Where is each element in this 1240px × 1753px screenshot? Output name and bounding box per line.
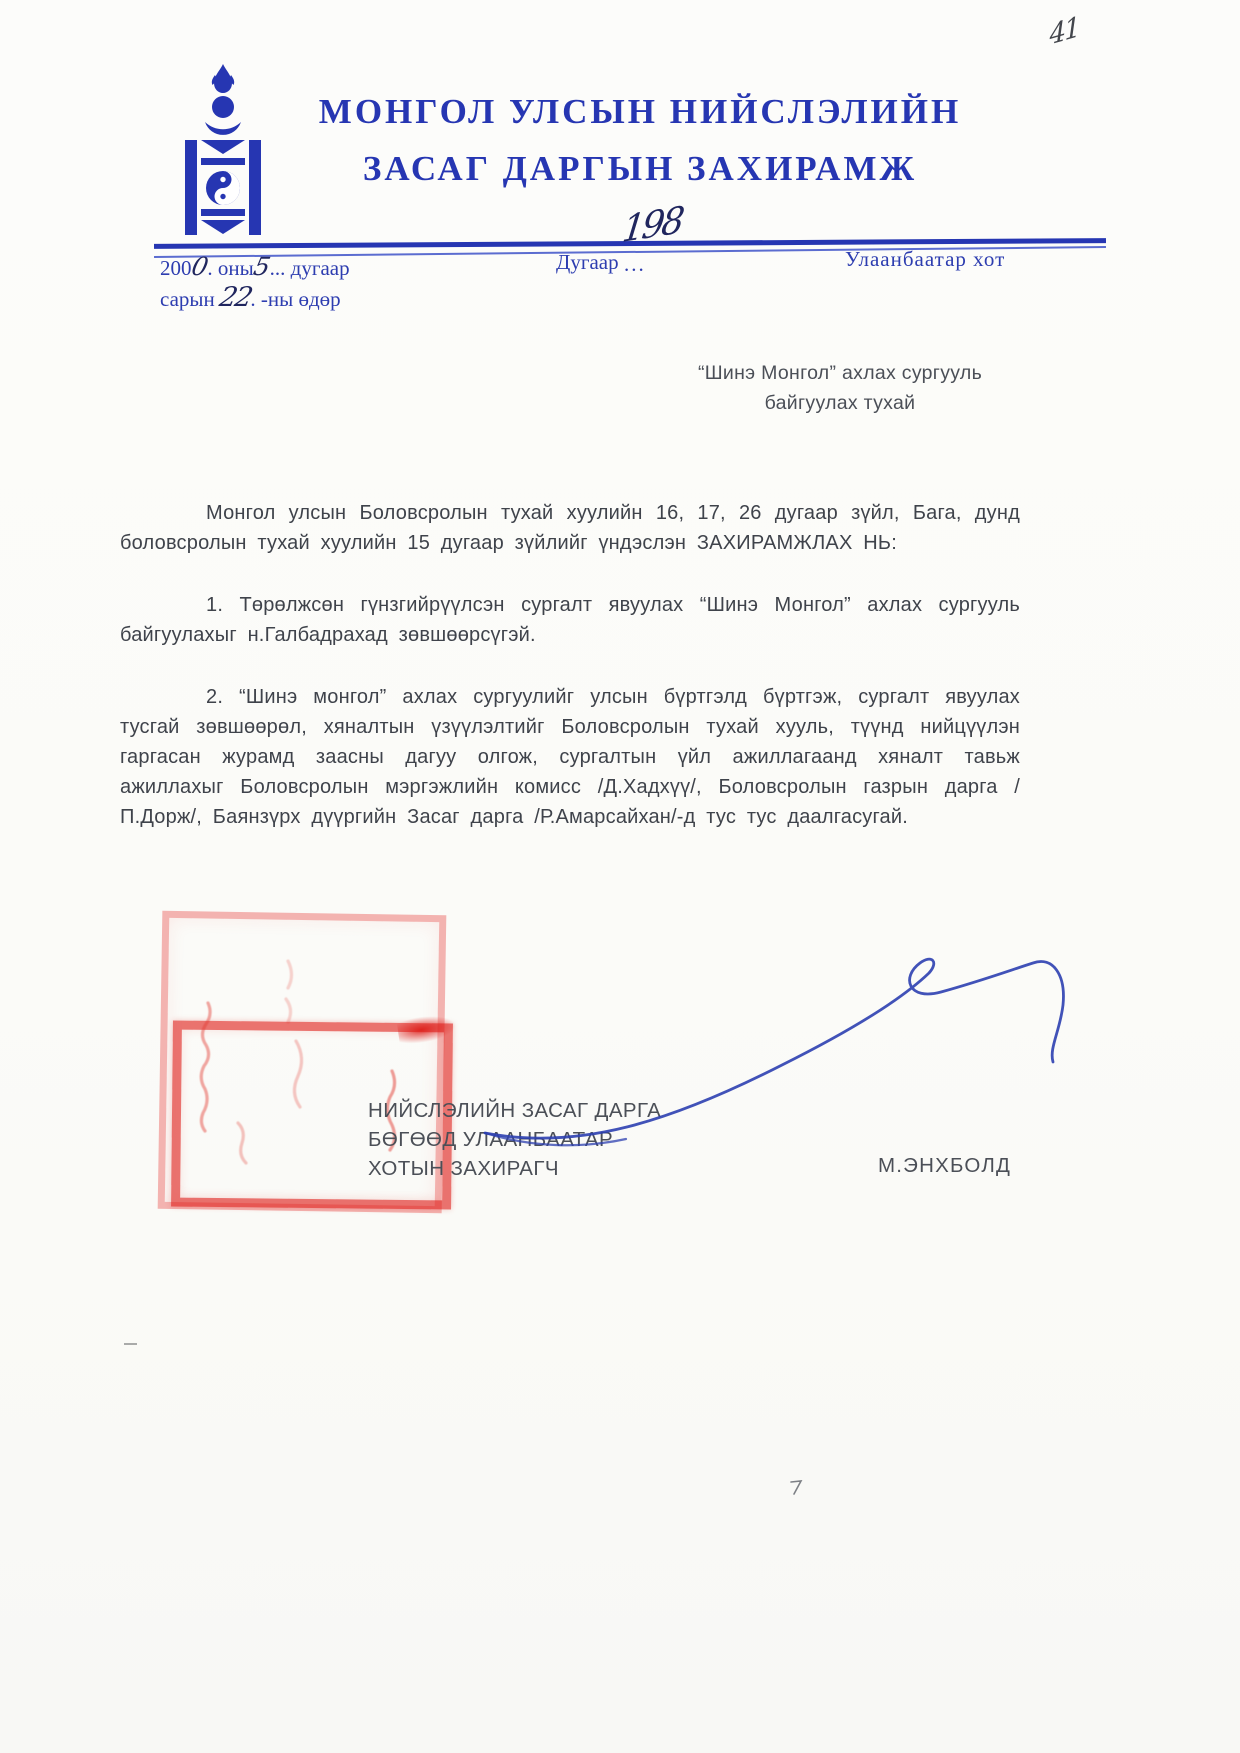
month-suffix: ... дугаар — [270, 256, 350, 280]
handwritten-decree-number: 198 — [622, 221, 681, 230]
handwritten-page-number: 41 — [1049, 11, 1079, 51]
soyombo-emblem-icon — [183, 62, 263, 235]
subject-block: “Шинэ Монгол” ахлах сургууль байгуулах т… — [650, 358, 1030, 418]
decree-item-1: 1. Төрөлжсөн гүнзгийрүүлсэн сургалт явуу… — [120, 590, 1020, 650]
decree-number-dots: ... — [624, 252, 646, 277]
scan-mark-dash — [124, 1343, 137, 1345]
date-line2: сарын 22. -ны өдөр — [160, 284, 490, 315]
year-prefix: 200 — [160, 256, 192, 280]
date-block: 2000. оны5... дугаар сарын 22. -ны өдөр — [160, 253, 490, 315]
subject-line2: байгуулах тухай — [650, 388, 1030, 418]
decree-preamble: Монгол улсын Боловсролын тухай хуулийн 1… — [120, 498, 1020, 558]
decree-number-label: Дугаар — [556, 250, 619, 275]
subject-line1: “Шинэ Монгол” ахлах сургууль — [650, 358, 1030, 388]
handwritten-signature — [440, 935, 1160, 1265]
day-prefix: сарын — [160, 287, 220, 311]
scan-mark-squiggle — [788, 1478, 806, 1498]
decree-item-2: 2. “Шинэ монгол” ахлах сургуулийг улсын … — [120, 682, 1020, 832]
letterhead-title-line2: ЗАСАГ ДАРГЫН ЗАХИРАМЖ — [280, 149, 1000, 189]
year-suffix: . оны — [207, 256, 253, 280]
letterhead-title: МОНГОЛ УЛСЫН НИЙСЛЭЛИЙН ЗАСАГ ДАРГЫН ЗАХ… — [280, 92, 1000, 189]
day-suffix: . -ны өдөр — [250, 287, 340, 311]
decree-body: Монгол улсын Боловсролын тухай хуулийн 1… — [120, 498, 1020, 864]
city-label: Улаанбаатар хот — [845, 247, 1005, 272]
letterhead-title-line1: МОНГОЛ УЛСЫН НИЙСЛЭЛИЙН — [280, 92, 1000, 132]
date-line1: 2000. оны5... дугаар — [160, 253, 490, 284]
